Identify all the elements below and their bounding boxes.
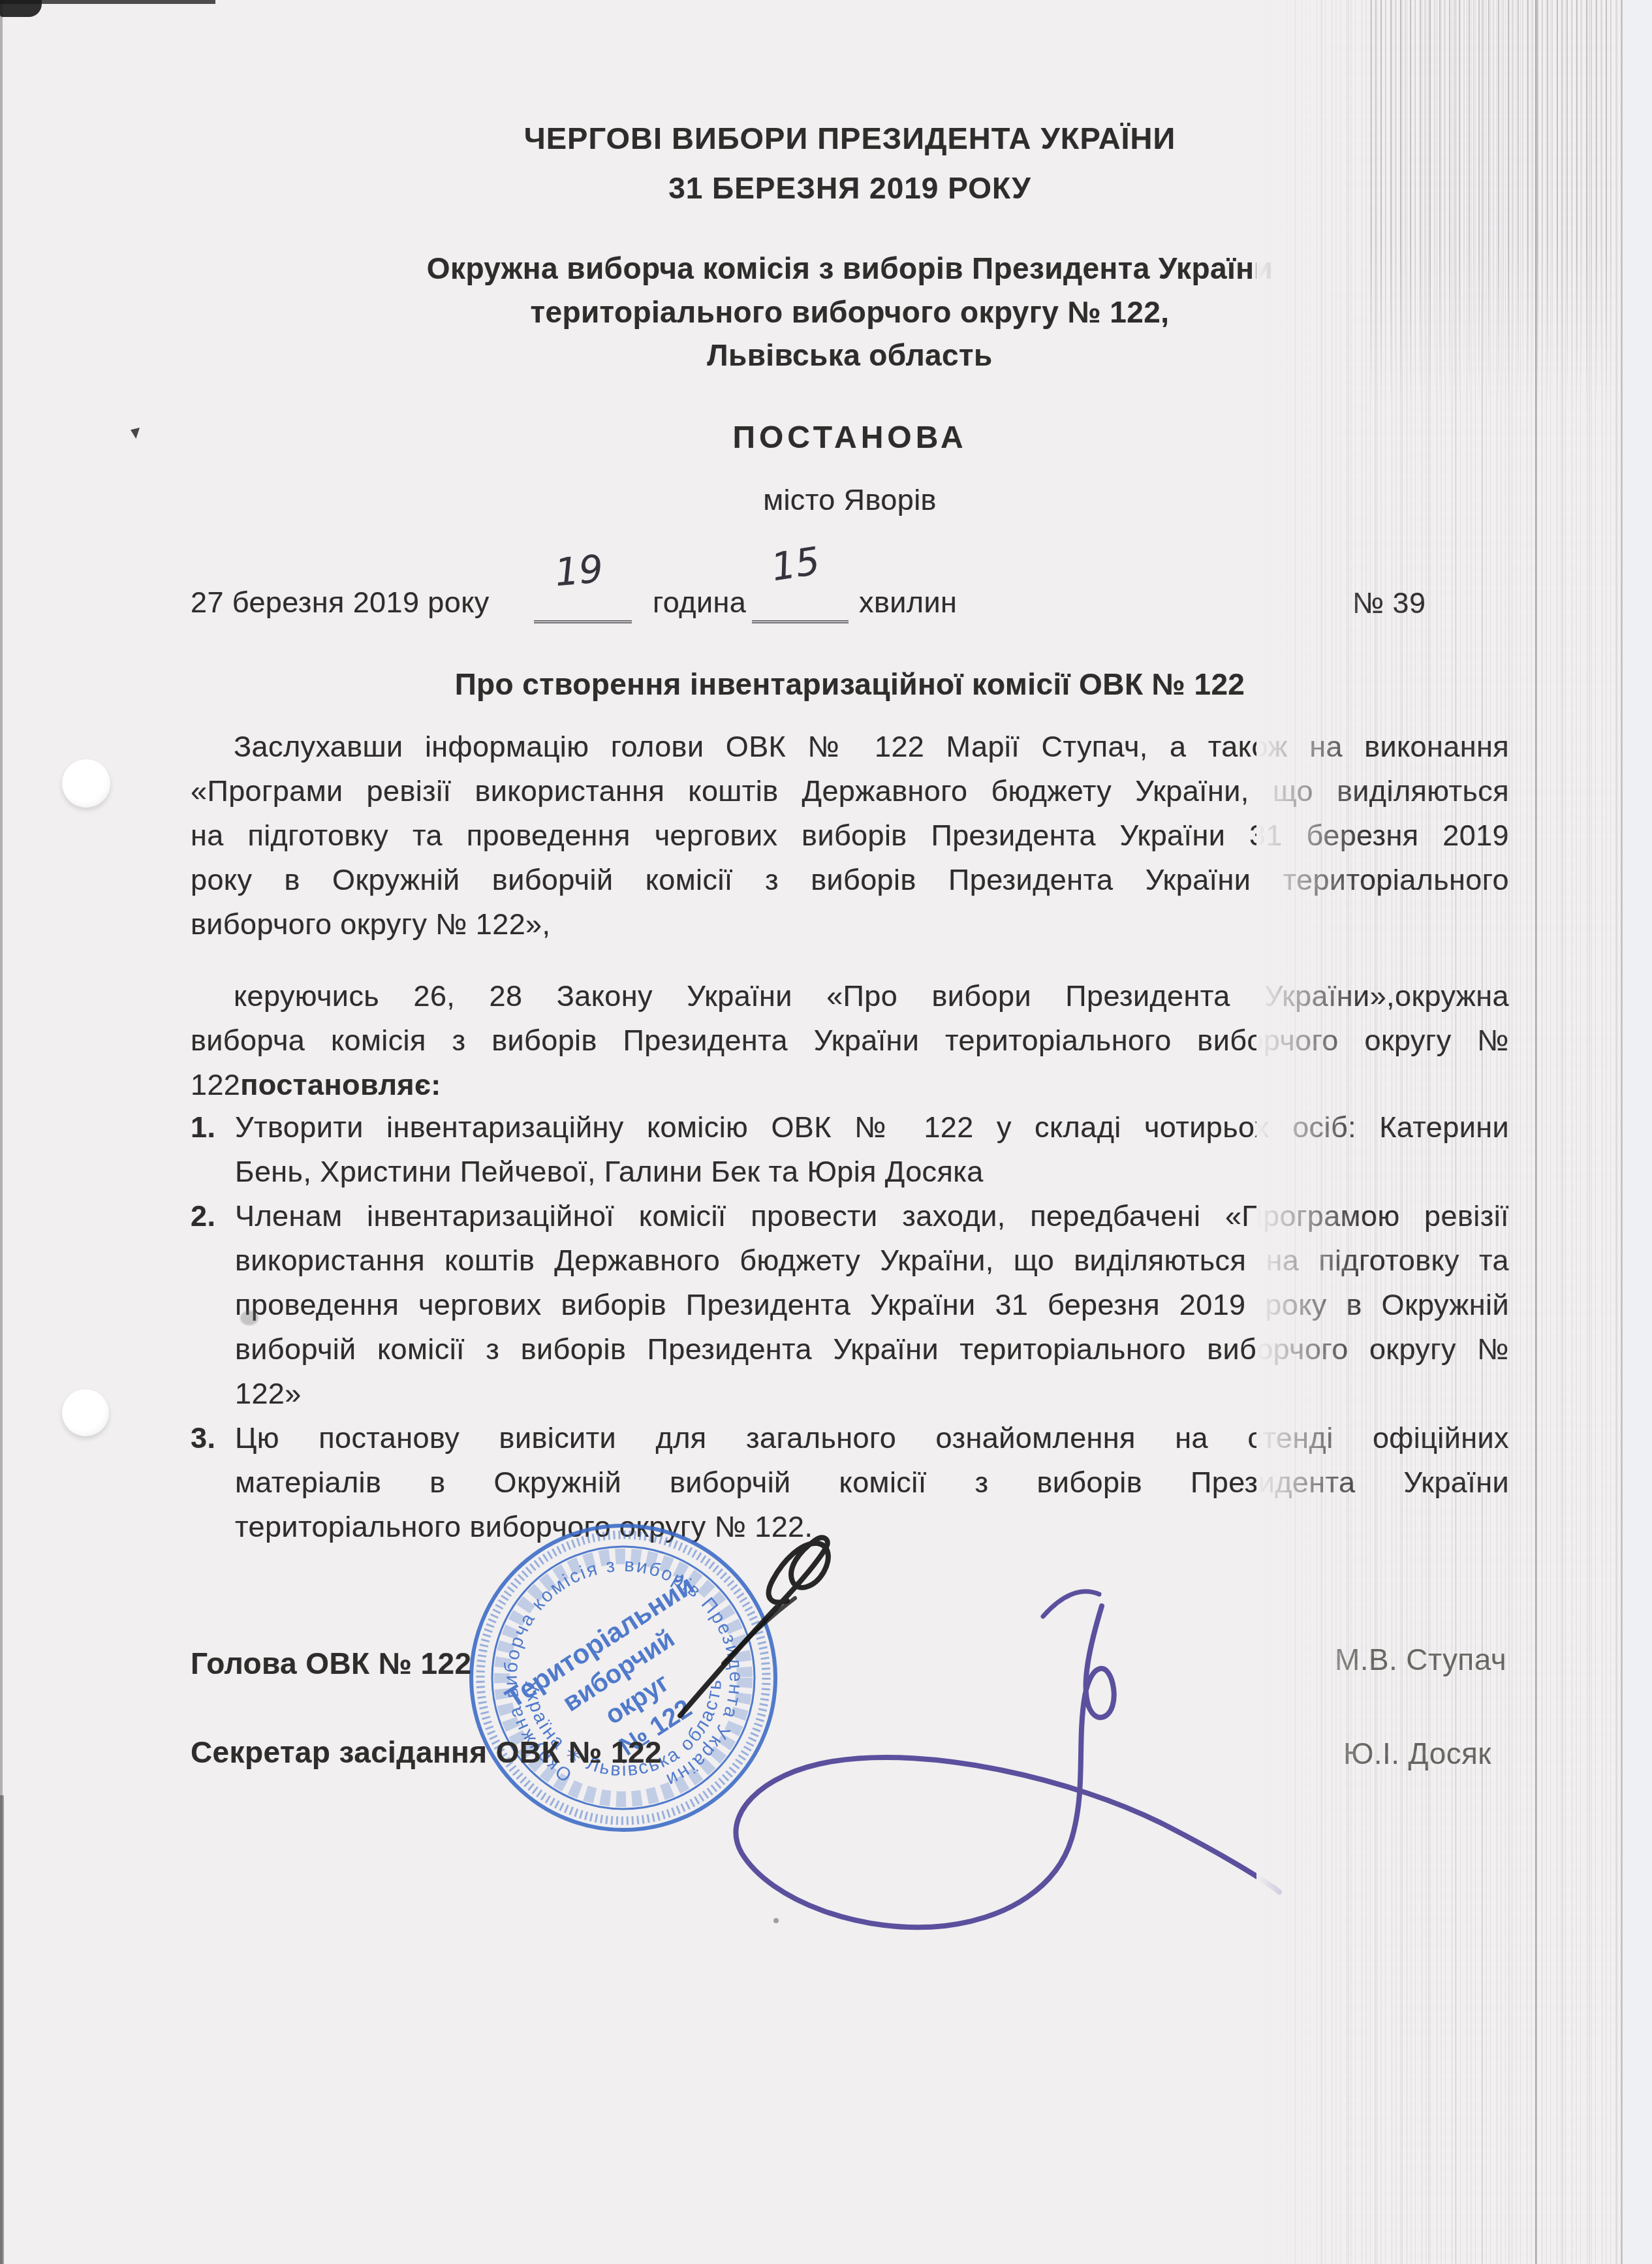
paragraph-1-line: на підготовку та проведення чергових виб… <box>191 819 1509 853</box>
document-number: № 39 <box>1352 586 1426 620</box>
document-subject: Про створення інвентаризаційної комісії … <box>191 667 1509 702</box>
list-item-line: Бень, Христини Пейчевої, Галини Бек та Ю… <box>235 1155 1509 1189</box>
scanner-streak-line <box>1535 0 1537 2264</box>
list-item-number: 1. <box>191 1110 215 1144</box>
election-title-line2: 31 БЕРЕЗНЯ 2019 РОКУ <box>191 171 1509 206</box>
punch-hole <box>62 759 110 808</box>
chair-signature <box>723 1598 795 1663</box>
page-edge-left-dark <box>0 1795 4 2264</box>
list-item-line: виборчій комісії з виборів Президента Ук… <box>235 1332 1509 1366</box>
document-type: ПОСТАНОВА <box>191 420 1509 456</box>
commission-region: Львівська область <box>191 338 1509 373</box>
handwritten-hour: 19 <box>553 546 604 595</box>
chair-role-label: Голова ОВК № 122 <box>191 1646 472 1681</box>
list-item-line: проведення чергових виборів Президента У… <box>235 1288 1509 1322</box>
list-item-number: 2. <box>191 1199 215 1233</box>
list-item-line: Утворити інвентаризаційну комісію ОВК № … <box>235 1110 1509 1144</box>
secretary-role-label: Секретар засідання ОВК № 122 <box>191 1735 662 1770</box>
resolves-number: 122 <box>191 1068 240 1101</box>
paragraph-1-line: «Програми ревізії використання коштів Де… <box>191 774 1509 808</box>
hour-label: година <box>653 586 746 620</box>
secretary-signature <box>736 1606 1279 1927</box>
commission-name-line1: Окружна виборча комісія з виборів Презид… <box>191 251 1509 286</box>
punch-hole <box>62 1389 109 1436</box>
list-item: 1. Утворити інвентаризаційну комісію ОВК… <box>235 1110 1509 1144</box>
ink-dot <box>773 1918 779 1923</box>
chair-name: М.В. Ступач <box>1335 1643 1506 1677</box>
ink-speck <box>131 428 140 439</box>
list-item: 2. Членам інвентаризаційної комісії пров… <box>235 1199 1509 1233</box>
commission-name-line2: територіального виборчого округу № 122, <box>191 295 1509 330</box>
handwritten-minute: 15 <box>768 539 823 590</box>
election-title-line1: ЧЕРГОВІ ВИБОРИ ПРЕЗИДЕНТА УКРАЇНИ <box>191 121 1509 156</box>
secretary-signature <box>1043 1592 1099 1616</box>
corner-shadow <box>0 0 42 17</box>
paragraph-2-line: 122постановляє: <box>191 1068 1509 1102</box>
scanner-bed-strip <box>1623 0 1652 2264</box>
document-city: місто Яворів <box>191 483 1509 517</box>
document-date: 27 березня 2019 року <box>191 586 490 620</box>
paper-smudge <box>240 1311 258 1325</box>
list-item-line: Членам інвентаризаційної комісії провест… <box>235 1199 1509 1233</box>
list-item-number: 3. <box>191 1421 215 1455</box>
chair-signature <box>680 1537 828 1716</box>
minute-underline <box>752 586 849 623</box>
paragraph-1-line: Заслухавши інформацію голови ОВК № 122 М… <box>191 730 1509 764</box>
paragraph-2-line: виборча комісія з виборів Президента Укр… <box>191 1024 1509 1058</box>
signatures-overlay <box>392 1404 1338 1958</box>
paragraph-2-line: керуючись 26, 28 Закону України «Про виб… <box>191 979 1509 1013</box>
resolves-word: постановляє: <box>240 1068 441 1101</box>
paragraph-1-line: року в Окружній виборчій комісії з вибор… <box>191 863 1509 897</box>
secretary-name: Ю.І. Досяк <box>1343 1737 1491 1771</box>
document-page: ЧЕРГОВІ ВИБОРИ ПРЕЗИДЕНТА УКРАЇНИ 31 БЕР… <box>0 0 1652 2264</box>
list-item-line: використання коштів Державного бюджету У… <box>235 1244 1509 1278</box>
paragraph-1-line: виборчого округу № 122», <box>191 907 1509 941</box>
minute-label: хвилин <box>859 586 957 620</box>
